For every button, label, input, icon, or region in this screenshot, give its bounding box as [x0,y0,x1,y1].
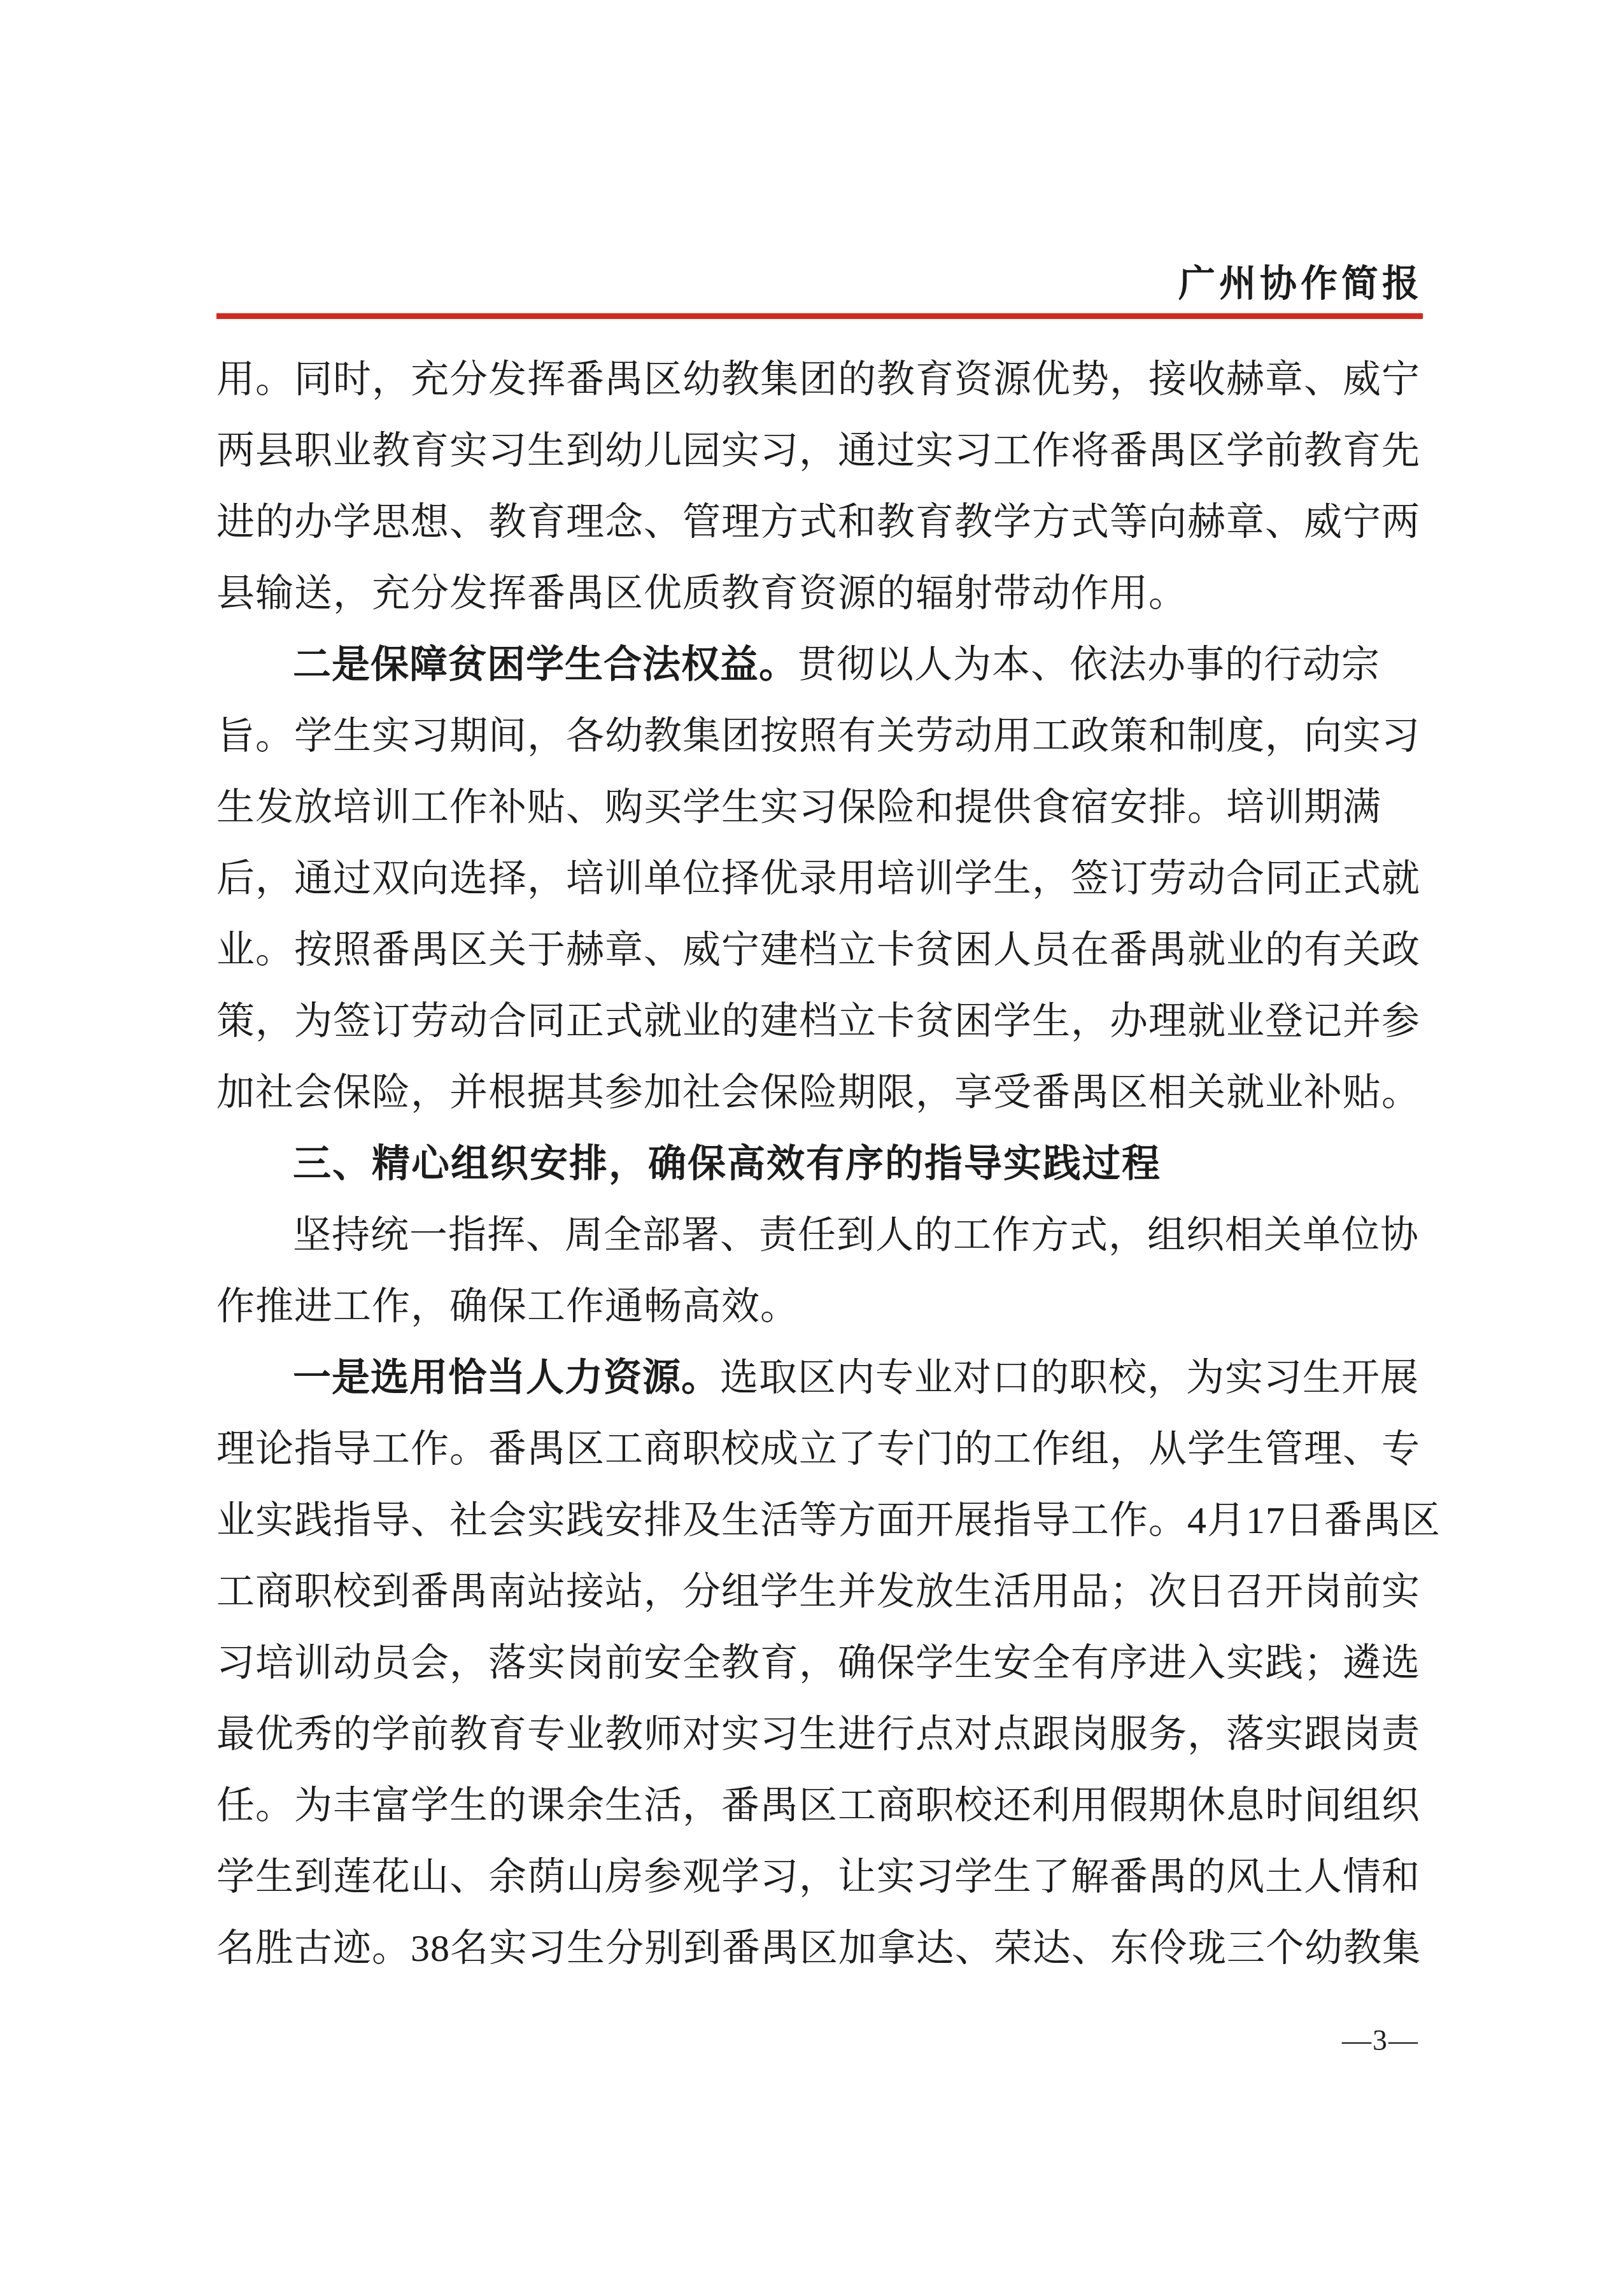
body-text: 理论指导工作。番禺区工商职校成立了专门的工作组，从学生管理、专 [216,1428,1420,1470]
text-line: 名胜古迹。38名实习生分别到番禺区加拿达、荣达、东伶珑三个幼教集 [216,1913,1426,1984]
body-text: 县输送，充分发挥番禺区优质教育资源的辐射带动作用。 [216,572,1187,614]
body-text: 工商职校到番禺南站接站，分组学生并发放生活用品；次日召开岗前实 [216,1571,1420,1613]
text-line: 进的办学思想、教育理念、管理方式和教育教学方式等向赫章、威宁两 [216,486,1426,558]
page-number: —3— [1342,2023,1419,2057]
text-line: 业实践指导、社会实践安排及生活等方面开展指导工作。4月17日番禺区 [216,1485,1426,1556]
text-line: 县输送，充分发挥番禺区优质教育资源的辐射带动作用。 [216,558,1426,629]
text-line: 坚持统一指挥、周全部署、责任到人的工作方式，组织相关单位协 [216,1199,1426,1271]
text-line: 理论指导工作。番禺区工商职校成立了专门的工作组，从学生管理、专 [216,1413,1426,1485]
body-text: 生发放培训工作补贴、购买学生实习保险和提供食宿安排。培训期满 [216,786,1381,828]
text-line: 任。为丰富学生的课余生活，番禺区工商职校还利用假期休息时间组织 [216,1770,1426,1841]
document-page: 广州协作简报 用。同时，充分发挥番禺区幼教集团的教育资源优势，接收赫章、威宁两县… [0,0,1624,2278]
body-text: 旨。学生实习期间，各幼教集团按照有关劳动用工政策和制度，向实习 [216,715,1420,757]
body-text: 进的办学思想、教育理念、管理方式和教育教学方式等向赫章、威宁两 [216,501,1420,543]
body-text: 习培训动员会，落实岗前安全教育，确保学生安全有序进入实践；遴选 [216,1642,1420,1684]
section-heading: 三、精心组织安排，确保高效有序的指导实践过程 [293,1142,1161,1185]
text-line: 后，通过双向选择，培训单位择优录用培训学生，签订劳动合同正式就 [216,843,1426,914]
text-line: 策，为签订劳动合同正式就业的建档立卡贫困学生，办理就业登记并参 [216,986,1426,1057]
text-line: 二是保障贫困学生合法权益。贯彻以人为本、依法办事的行动宗 [216,629,1426,700]
text-line: 业。按照番禺区关于赫章、威宁建档立卡贫困人员在番禺就业的有关政 [216,914,1426,986]
text-line: 生发放培训工作补贴、购买学生实习保险和提供食宿安排。培训期满 [216,772,1426,843]
body-text: 策，为签订劳动合同正式就业的建档立卡贫困学生，办理就业登记并参 [216,1000,1420,1042]
body-lines: 用。同时，充分发挥番禺区幼教集团的教育资源优势，接收赫章、威宁两县职业教育实习生… [216,344,1426,1984]
text-line: 两县职业教育实习生到幼儿园实习，通过实习工作将番禺区学前教育先 [216,415,1426,486]
body-text: 贯彻以人为本、依法办事的行动宗 [798,644,1380,686]
text-line: 习培训动员会，落实岗前安全教育，确保学生安全有序进入实践；遴选 [216,1627,1426,1699]
body-text: 任。为丰富学生的课余生活，番禺区工商职校还利用假期休息时间组织 [216,1785,1420,1827]
text-line: 作推进工作，确保工作通畅高效。 [216,1271,1426,1342]
body-text: 名胜古迹。38名实习生分别到番禺区加拿达、荣达、东伶珑三个幼教集 [216,1927,1421,1969]
body-text: 作推进工作，确保工作通畅高效。 [216,1285,799,1327]
body-text: 用。同时，充分发挥番禺区幼教集团的教育资源优势，接收赫章、威宁 [216,358,1420,400]
bold-lead-in: 二是保障贫困学生合法权益。 [293,644,798,686]
masthead-rule [216,313,1423,319]
bold-lead-in: 一是选用恰当人力资源。 [293,1357,720,1399]
body-text: 两县职业教育实习生到幼儿园实习，通过实习工作将番禺区学前教育先 [216,430,1420,472]
body-text: 业。按照番禺区关于赫章、威宁建档立卡贫困人员在番禺就业的有关政 [216,929,1420,971]
body-text: 学生到莲花山、余荫山房参观学习，让实习学生了解番禺的风土人情和 [216,1856,1420,1898]
text-line: 最优秀的学前教育专业教师对实习生进行点对点跟岗服务，落实跟岗责 [216,1699,1426,1770]
body-text: 后，通过双向选择，培训单位择优录用培训学生，签订劳动合同正式就 [216,858,1420,900]
body-text: 坚持统一指挥、周全部署、责任到人的工作方式，组织相关单位协 [293,1214,1419,1256]
body-text: 选取区内专业对口的职校，为实习生开展 [720,1357,1419,1399]
masthead-title: 广州协作简报 [1178,253,1423,307]
body-text: 业实践指导、社会实践安排及生活等方面开展指导工作。4月17日番禺区 [216,1499,1441,1541]
text-line: 学生到莲花山、余荫山房参观学习，让实习学生了解番禺的风土人情和 [216,1841,1426,1913]
text-line: 工商职校到番禺南站接站，分组学生并发放生活用品；次日召开岗前实 [216,1556,1426,1627]
text-line: 旨。学生实习期间，各幼教集团按照有关劳动用工政策和制度，向实习 [216,700,1426,772]
text-line: 用。同时，充分发挥番禺区幼教集团的教育资源优势，接收赫章、威宁 [216,344,1426,415]
body-text: 最优秀的学前教育专业教师对实习生进行点对点跟岗服务，落实跟岗责 [216,1713,1420,1755]
body-text: 加社会保险，并根据其参加社会保险期限，享受番禺区相关就业补贴。 [216,1072,1420,1114]
text-line: 三、精心组织安排，确保高效有序的指导实践过程 [216,1128,1426,1199]
text-line: 加社会保险，并根据其参加社会保险期限，享受番禺区相关就业补贴。 [216,1057,1426,1128]
text-line: 一是选用恰当人力资源。选取区内专业对口的职校，为实习生开展 [216,1342,1426,1413]
